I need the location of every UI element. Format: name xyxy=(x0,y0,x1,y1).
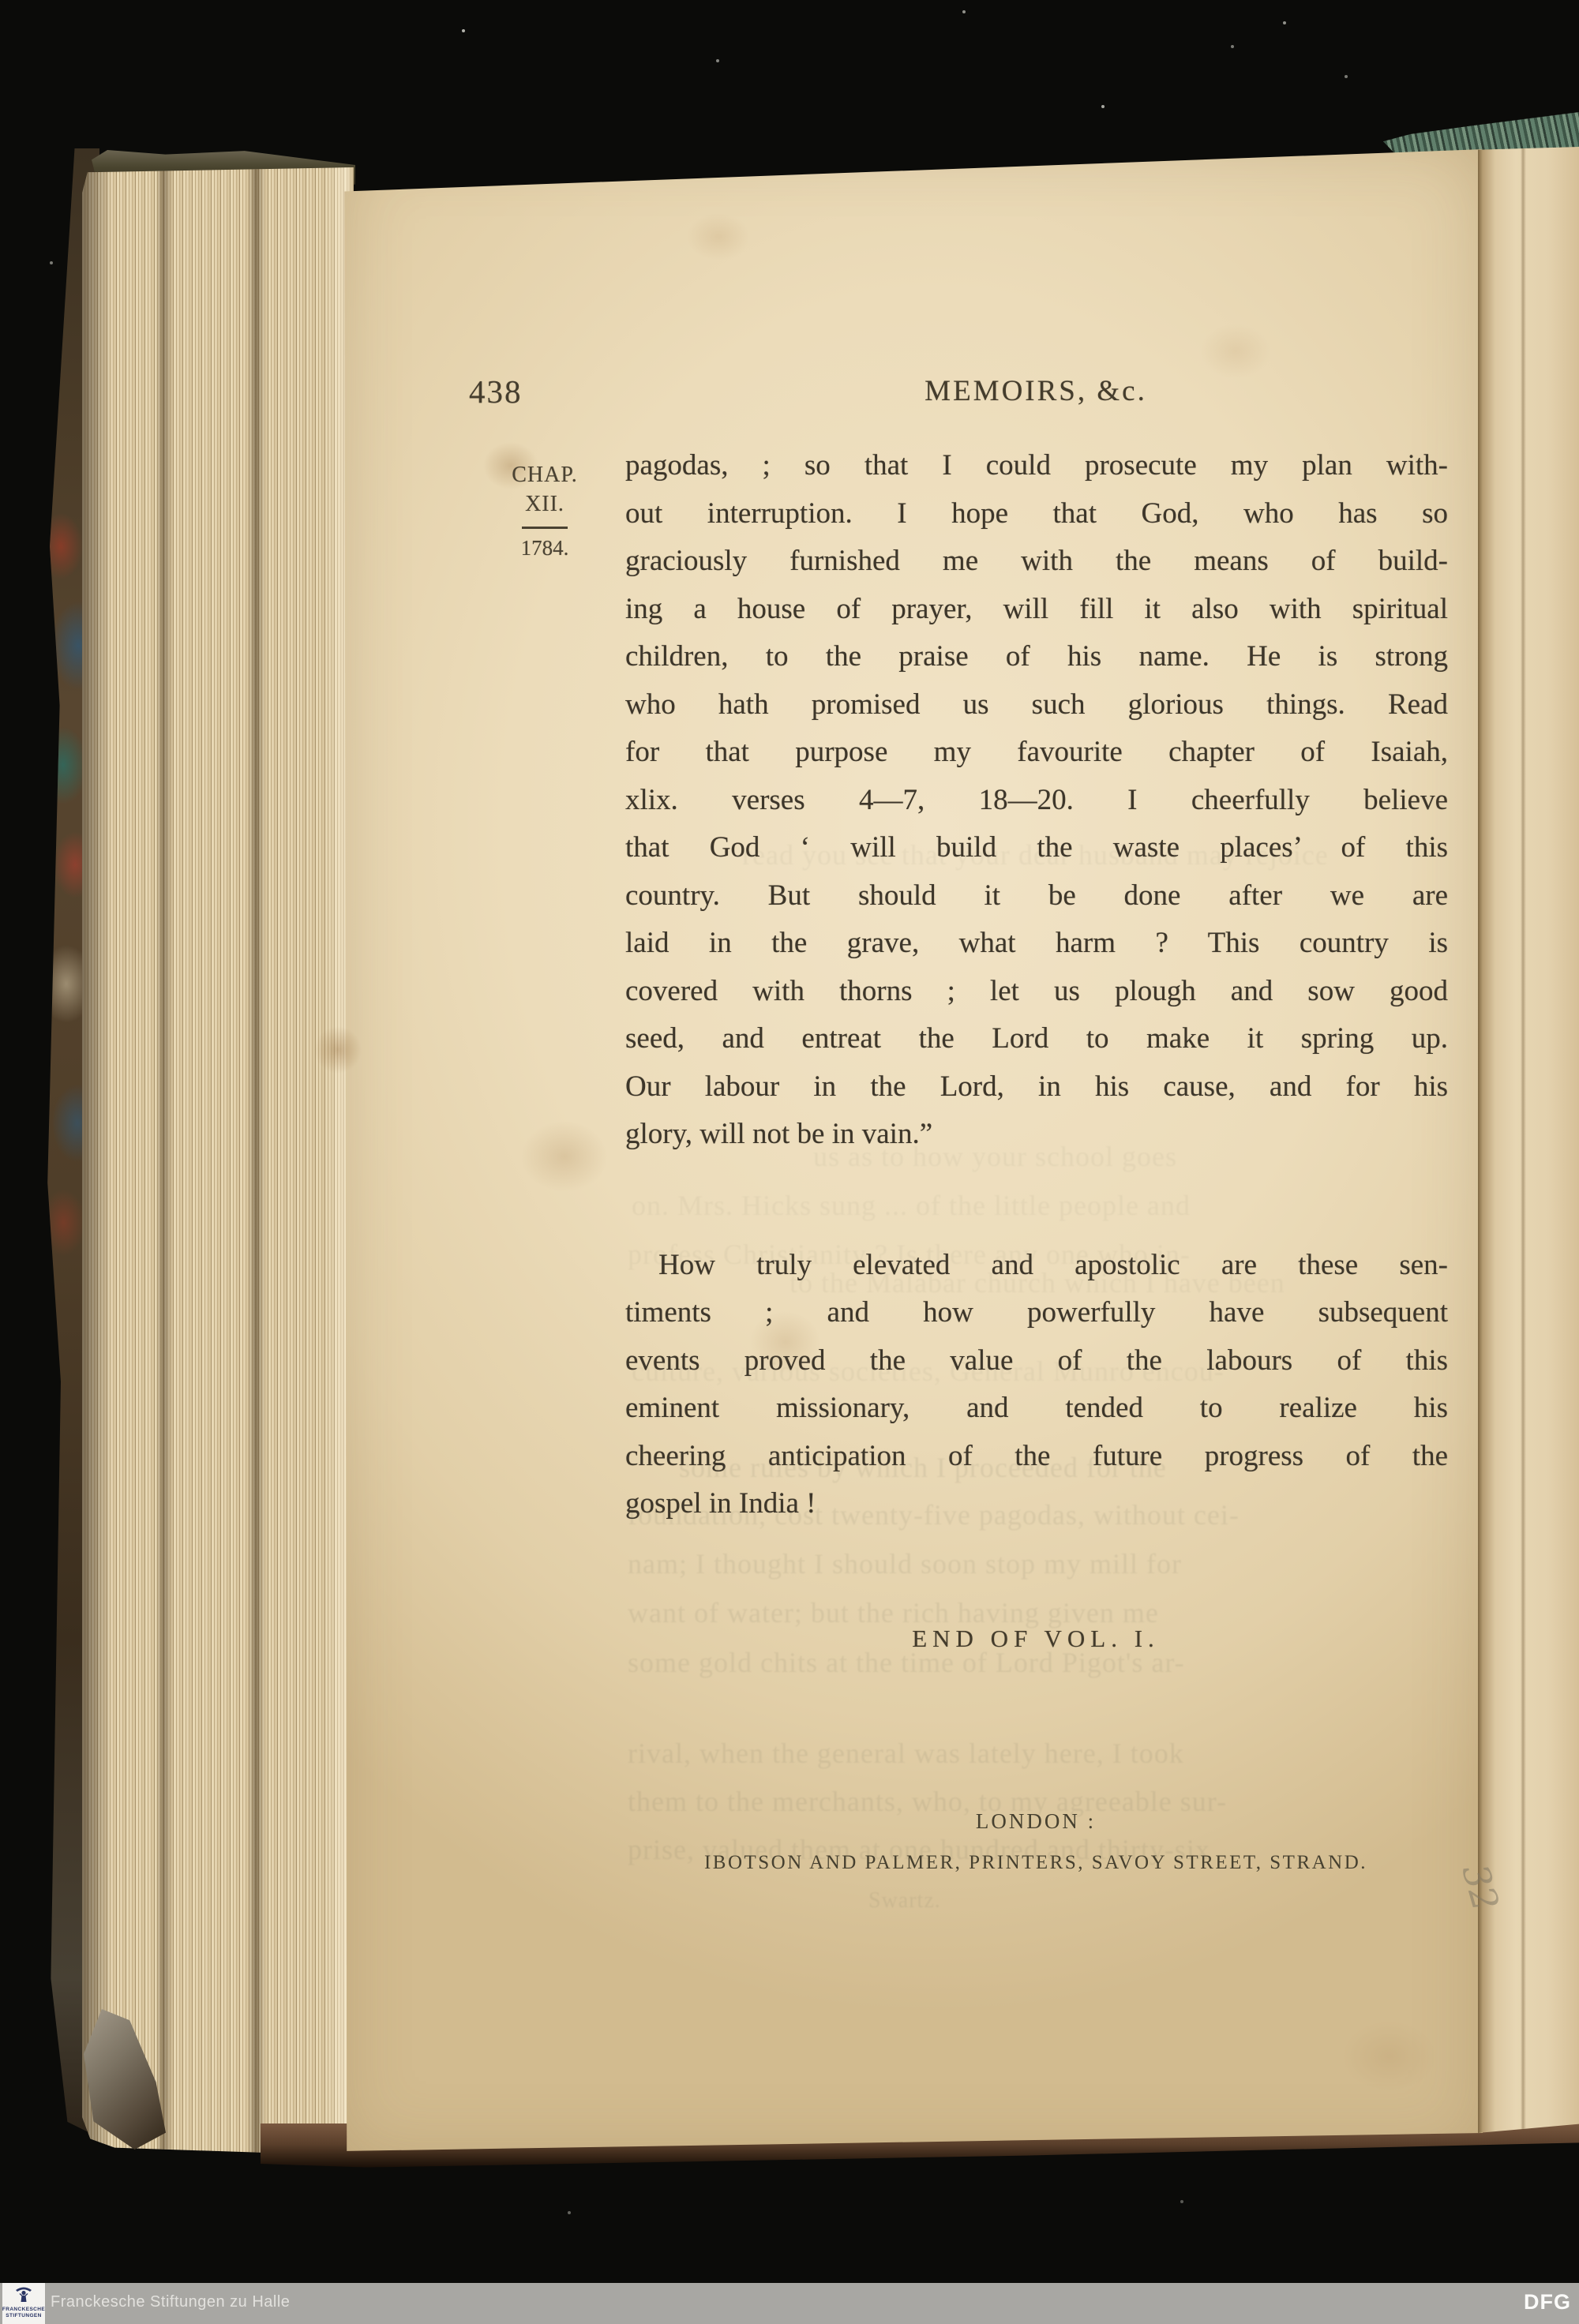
running-head: MEMOIRS, &c. xyxy=(625,374,1446,408)
page-number: 438 xyxy=(469,373,523,410)
dust-specks xyxy=(0,0,2,2)
franckesche-stiftungen-logo: FRANCKESCHE STIFTUNGEN xyxy=(2,2283,45,2324)
body-text-column: pagodas, ; so that I could prosecute my … xyxy=(625,442,1448,1528)
body-line: events proved the value of the labours o… xyxy=(625,1337,1448,1385)
body-line: out interruption. I hope that God, who h… xyxy=(625,490,1448,538)
ghost-text-line: nam; I thought I should soon stop my mil… xyxy=(628,1547,1182,1580)
marginalia-rule xyxy=(522,527,568,529)
body-line: children, to the praise of his name. He … xyxy=(625,633,1448,681)
body-line: How truly elevated and apostolic are the… xyxy=(625,1242,1448,1290)
library-footer-bar: FRANCKESCHE STIFTUNGEN Franckesche Stift… xyxy=(0,2283,1579,2324)
body-line: gospel in India ! xyxy=(625,1480,1448,1528)
body-line: who hath promised us such glorious thing… xyxy=(625,681,1448,729)
chapter-label: CHAP. xyxy=(491,463,598,488)
library-name: Franckesche Stiftungen zu Halle xyxy=(51,2293,290,2311)
end-of-volume-line: END OF VOL. I. xyxy=(625,1625,1446,1653)
body-line: graciously furnished me with the means o… xyxy=(625,538,1448,586)
body-line: glory, will not be in vain.” xyxy=(625,1111,1448,1159)
imprint-city: LONDON : xyxy=(625,1809,1446,1834)
margin-year: 1784. xyxy=(491,536,598,560)
body-line: country. But should it be done after we … xyxy=(625,872,1448,920)
scanned-book-page-photo: read you see that your dear husband may … xyxy=(0,0,1579,2324)
paragraph-gap xyxy=(625,1159,1448,1242)
body-line: ing a house of prayer, will fill it also… xyxy=(625,586,1448,634)
chapter-numeral: XII. xyxy=(491,492,598,517)
ghost-text-line: rival, when the general was lately here,… xyxy=(628,1737,1184,1770)
body-line: covered with thorns ; let us plough and … xyxy=(625,968,1448,1016)
body-line: eminent missionary, and tended to realiz… xyxy=(625,1385,1448,1433)
dfg-logo: DFG xyxy=(1524,2290,1571,2315)
body-line: pagodas, ; so that I could prosecute my … xyxy=(625,442,1448,490)
logo-text-top: FRANCKESCHE xyxy=(2,2307,45,2313)
body-line: seed, and entreat the Lord to make it sp… xyxy=(625,1015,1448,1063)
ghost-text-line: Swartz. xyxy=(868,1888,941,1914)
body-line: laid in the grave, what harm ? This coun… xyxy=(625,920,1448,968)
body-line: cheering anticipation of the future prog… xyxy=(625,1433,1448,1481)
body-line: xlix. verses 4—7, 18—20. I cheerfully be… xyxy=(625,777,1448,825)
chapter-marginalia: CHAP. XII. 1784. xyxy=(491,463,598,560)
logo-text-bottom: STIFTUNGEN xyxy=(6,2313,42,2319)
page-right-fold xyxy=(1478,147,1579,2133)
orphan-figure-icon xyxy=(13,2285,34,2307)
body-line: for that purpose my favourite chapter of… xyxy=(625,729,1448,777)
page-edge-stack xyxy=(82,167,354,2157)
body-line: timents ; and how powerfully have subseq… xyxy=(625,1289,1448,1337)
body-line: Our labour in the Lord, in his cause, an… xyxy=(625,1063,1448,1111)
body-line: that God ‘ will build the waste places’ … xyxy=(625,824,1448,872)
imprint-printer: IBOTSON AND PALMER, PRINTERS, SAVOY STRE… xyxy=(625,1852,1446,1874)
